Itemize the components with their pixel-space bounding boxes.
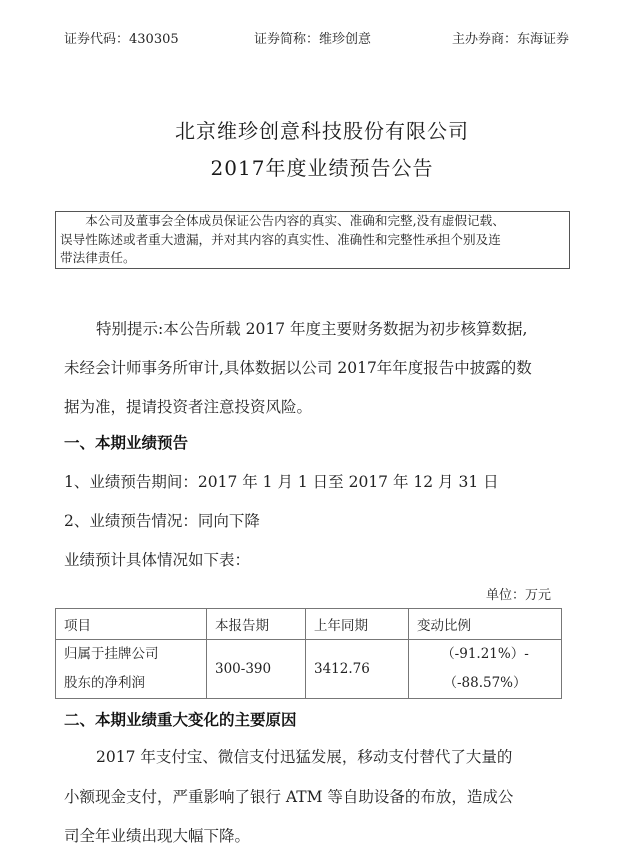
- reason-line: 小额现金支付，严重影响了银行 ATM 等自助设备的布放，造成公: [64, 785, 513, 807]
- special-notice-line: 未经会计师事务所审计,具体数据以公司 2017年年度报告中披露的数: [64, 356, 532, 378]
- section1-heading: 一、本期业绩预告: [64, 431, 188, 453]
- forecast-status: 2、业绩预告情况：同向下降: [64, 509, 260, 531]
- table-header-row: 项目 本报告期 上年同期 变动比例: [56, 609, 562, 640]
- stock-code: 证券代码：430305: [64, 28, 179, 47]
- row-current-value: 300-390: [207, 640, 306, 699]
- row-prior-value: 3412.76: [306, 640, 409, 699]
- forecast-period: 1、业绩预告期间：2017 年 1 月 1 日至 2017 年 12 月 31 …: [64, 470, 499, 492]
- header-prior-period: 上年同期: [306, 609, 409, 640]
- special-notice-line: 据为准，提请投资者注意投资风险。: [64, 395, 312, 417]
- disclaimer-line: 带法律责任。: [60, 249, 565, 268]
- table-row: 归属于挂牌公司 股东的净利润 300-390 3412.76 （-91.21%）…: [56, 640, 562, 699]
- disclaimer-box: 本公司及董事会全体成员保证公告内容的真实、准确和完整,没有虚假记载、 误导性陈述…: [55, 211, 570, 269]
- table-intro: 业绩预计具体情况如下表：: [64, 548, 250, 570]
- special-notice-line: 特别提示:本公告所载 2017 年度主要财务数据为初步核算数据,: [96, 317, 527, 339]
- disclaimer-line: 误导性陈述或者重大遗漏，并对其内容的真实性、准确性和完整性承担个别及连: [60, 231, 565, 250]
- report-title: 2017年度业绩预告公告: [0, 152, 644, 181]
- unit-label: 单位：万元: [486, 584, 551, 603]
- disclaimer-line: 本公司及董事会全体成员保证公告内容的真实、准确和完整,没有虚假记载、: [60, 212, 565, 231]
- forecast-table: 项目 本报告期 上年同期 变动比例 归属于挂牌公司 股东的净利润 300-390…: [55, 608, 562, 699]
- header-change-ratio: 变动比例: [409, 609, 562, 640]
- company-title: 北京维珍创意科技股份有限公司: [0, 115, 644, 144]
- reason-line: 2017 年支付宝、微信支付迅猛发展，移动支付替代了大量的: [96, 745, 512, 767]
- header-item: 项目: [56, 609, 207, 640]
- row-item-line: 归属于挂牌公司: [64, 640, 198, 669]
- stock-short-name: 证券简称：维珍创意: [254, 28, 371, 47]
- row-item-line: 股东的净利润: [64, 669, 198, 698]
- change-ratio-line: （-91.21%）-: [417, 640, 553, 669]
- row-change-ratio: （-91.21%）- （-88.57%）: [409, 640, 562, 699]
- section2-heading: 二、本期业绩重大变化的主要原因: [64, 708, 297, 730]
- header-current-period: 本报告期: [207, 609, 306, 640]
- change-ratio-line: （-88.57%）: [417, 669, 553, 698]
- reason-line: 司全年业绩出现大幅下降。: [64, 824, 250, 846]
- sponsor-broker: 主办券商：东海证券: [452, 28, 569, 47]
- row-item: 归属于挂牌公司 股东的净利润: [56, 640, 207, 699]
